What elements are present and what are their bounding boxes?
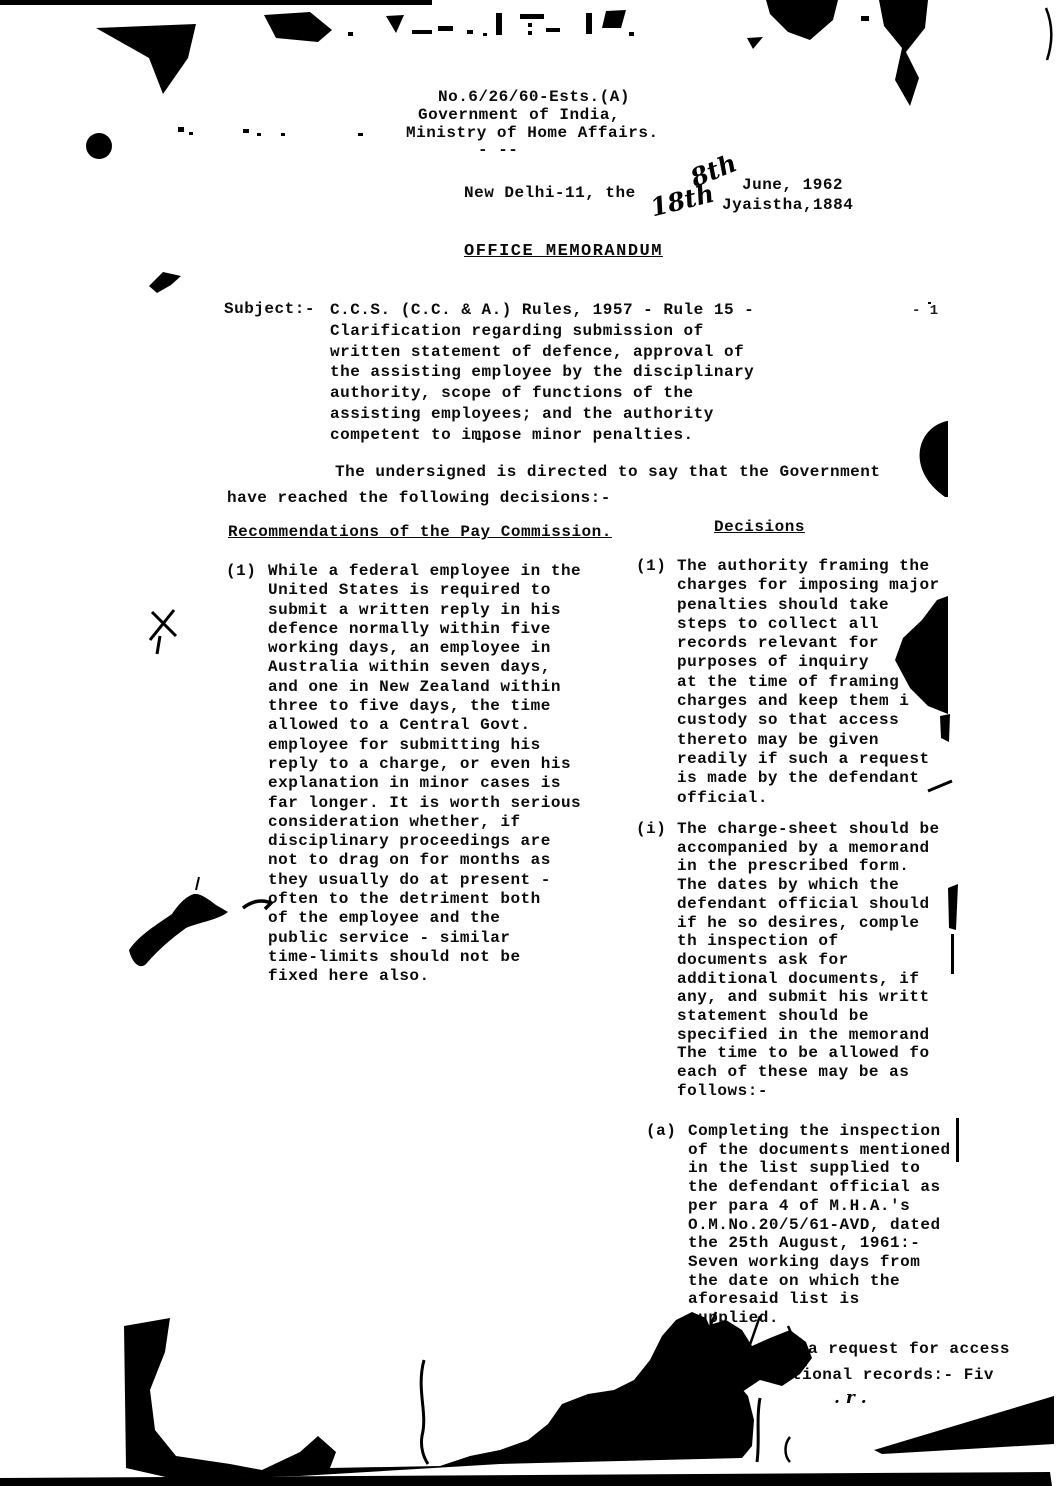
pencil-mark-dash-2: [438, 26, 453, 31]
ink-crack-line-1: [421, 1360, 428, 1464]
left-column-header: Recommendations of the Pay Commission.: [228, 523, 612, 542]
pen-mark-x: [150, 610, 176, 654]
ink-mark-bird-upper: [149, 272, 181, 293]
right-item-a-body: Completing the inspection of the documen…: [688, 1122, 988, 1328]
document-title: OFFICE MEMORANDUM: [464, 242, 663, 261]
ink-dot-left-margin: [86, 133, 112, 159]
subject-rule: --: [474, 430, 494, 449]
pencil-mark-dot-5: [528, 31, 532, 35]
ink-speck-top-right: [861, 16, 869, 21]
handwritten-day-bottom: 18th: [647, 179, 717, 223]
right-item-i-body: The charge-sheet should be accompanied b…: [677, 820, 977, 1101]
ink-stain-bottom-mountain: [124, 1312, 754, 1478]
pencil-mark-dot-1: [348, 32, 353, 36]
pencil-mark-bar-1: [496, 13, 502, 35]
header-rule: - --: [478, 141, 518, 160]
right-item-1-number: (1): [636, 557, 666, 576]
ink-stain-bottom-bar: [0, 1472, 1052, 1486]
right-item-i-number: (i): [636, 820, 666, 839]
ink-crack-line-2: [757, 1398, 760, 1462]
ink-stain-left-mid-stem: [196, 877, 199, 890]
pencil-mark-dash-3: [546, 28, 560, 32]
pencil-mark-triangle: [386, 15, 404, 33]
ink-speck-6: [358, 133, 363, 136]
org-line-2: Ministry of Home Affairs.: [406, 124, 659, 143]
pencil-mark-dot-6: [629, 32, 634, 36]
pencil-mark-tbar: [520, 14, 544, 19]
left-item-body: While a federal employee in the United S…: [268, 562, 658, 987]
left-item-number: (1): [226, 562, 256, 581]
margin-page-mark: - 1: [912, 302, 939, 321]
intro-paragraph: The undersigned is directed to say that …: [227, 459, 947, 511]
reference-number: No.6/26/60-Ests.(A): [438, 88, 630, 107]
org-line-1: Government of India,: [418, 106, 620, 125]
pencil-mark-bar-2: [586, 13, 592, 34]
date-gregorian: June, 1962: [742, 176, 843, 195]
ink-speck-4: [257, 133, 261, 136]
subject-label: Subject:-: [224, 300, 315, 319]
document-page: No.6/26/60-Ests.(A) Government of India,…: [0, 0, 1056, 1486]
ink-stain-top-right-triangle: [747, 37, 763, 49]
date-saka: Jyaistha,1884: [722, 196, 853, 215]
pencil-mark-parallelogram: [602, 10, 626, 28]
ink-speck-5: [281, 133, 285, 136]
ink-stain-left-mid-blob: [129, 894, 228, 966]
ink-speck-2: [189, 132, 193, 135]
right-item-b-number: (b): [700, 1342, 730, 1361]
right-item-b-body: a request for access tional records:- Fi…: [792, 1336, 1056, 1388]
right-column-header: Decisions: [714, 518, 805, 537]
ink-speck-1: [178, 127, 184, 132]
pencil-mark-dot-4: [528, 23, 532, 27]
ink-stain-top-left-flag: [96, 24, 196, 94]
pencil-mark-dot-2: [467, 30, 473, 34]
ink-speck-3: [243, 129, 249, 133]
right-item-a-number: (a): [646, 1122, 676, 1141]
subject-body: C.C.S. (C.C. & A.) Rules, 1957 - Rule 15…: [330, 300, 800, 446]
ink-stain-top-bar: [0, 0, 432, 5]
place-and-date-line: New Delhi-11, the: [464, 184, 636, 203]
ink-line-right-edge: [1046, 8, 1051, 60]
pen-mark-paren: [786, 1437, 791, 1462]
ink-stain-top-right-blob: [766, 0, 838, 40]
pen-mark-arrow: [243, 901, 271, 909]
stray-pen-marks: . r .: [834, 1388, 867, 1408]
right-item-1-body: The authority framing the charges for im…: [677, 557, 977, 808]
ink-stain-top-left-blob: [264, 12, 332, 42]
ink-stain-bottom-right-wedge: [874, 1396, 1054, 1454]
pencil-mark-dash-1: [412, 30, 432, 34]
pencil-mark-dot-3: [483, 33, 487, 36]
ink-stain-top-right-streak: [879, 0, 928, 106]
